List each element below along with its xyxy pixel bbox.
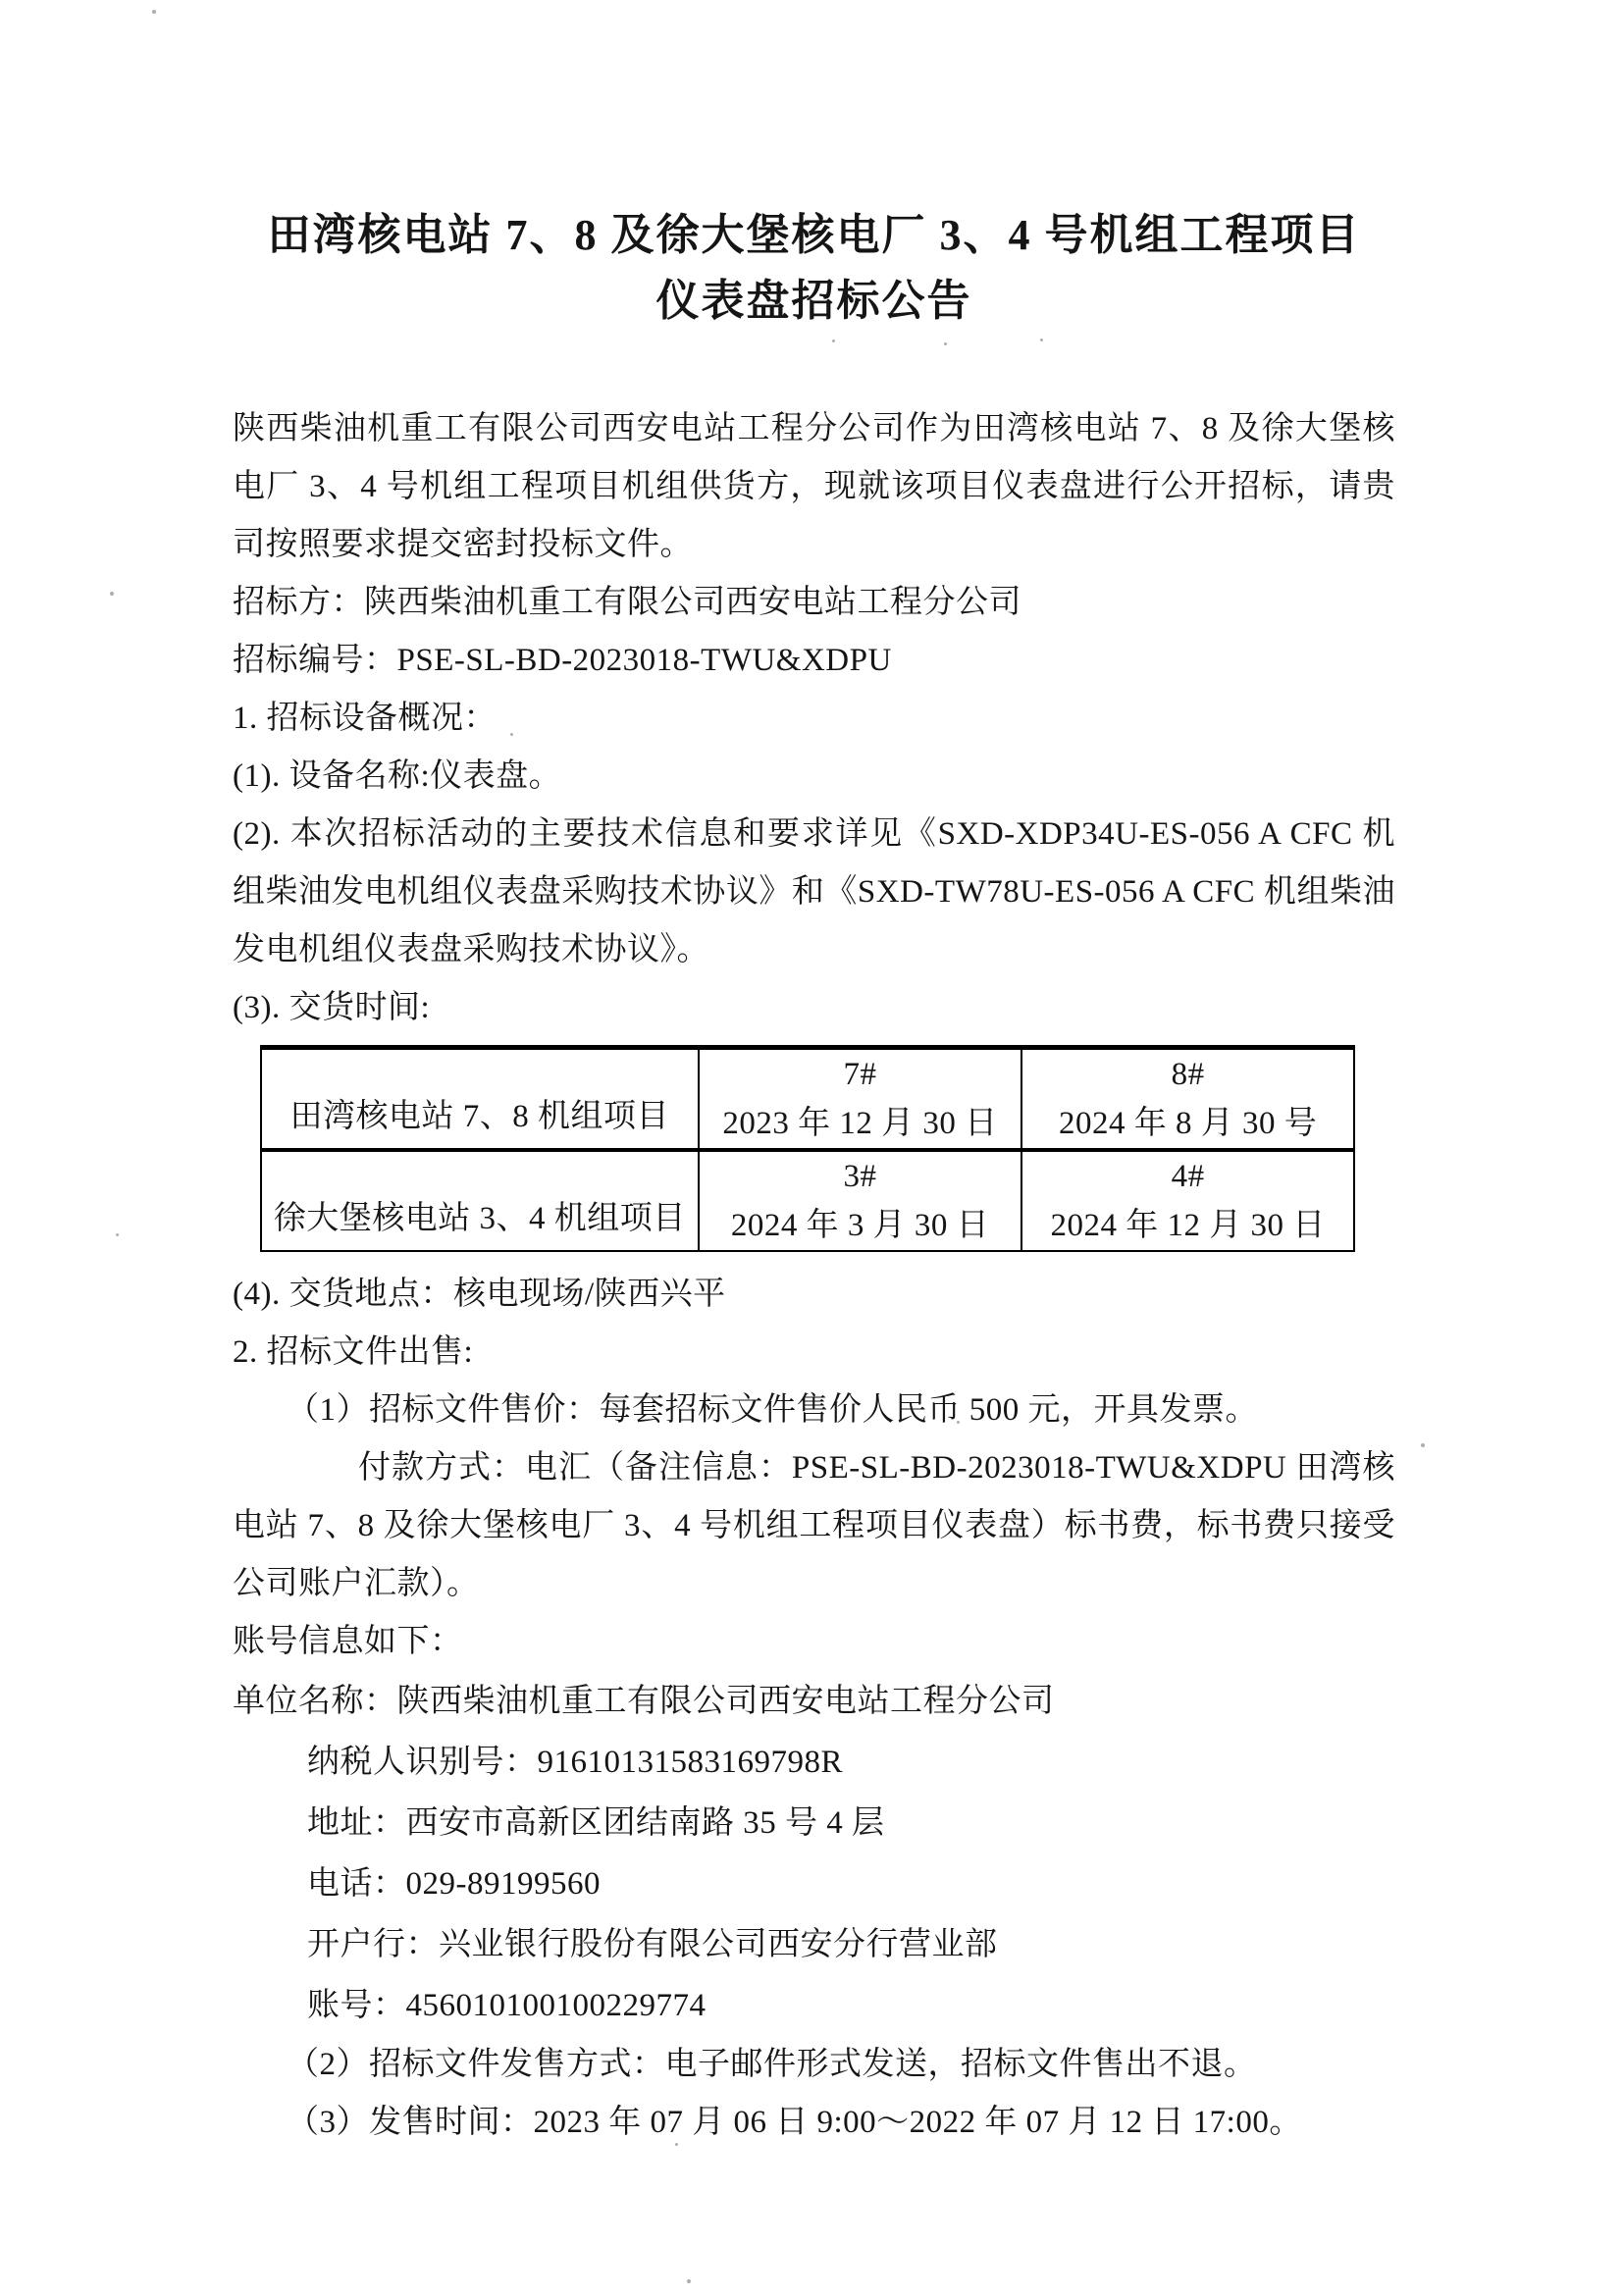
unit-date: 2024 年 12 月 30 日 [1022, 1201, 1353, 1250]
table-row-xudabao: 徐大堡核电站 3、4 机组项目 3# 2024 年 3 月 30 日 4# 20… [261, 1150, 1354, 1251]
unit-7-cell: 7# 2023 年 12 月 30 日 [699, 1048, 1022, 1151]
account-number-line: 账号：456010100100229774 [233, 1975, 1395, 2036]
document-page: 田湾核电站 7、8 及徐大堡核电厂 3、4 号机组工程项目 仪表盘招标公告 陕西… [0, 0, 1623, 2296]
item-delivery-place: (4). 交货地点：核电现场/陕西兴平 [233, 1266, 1395, 1324]
unit-3-cell: 3# 2024 年 3 月 30 日 [699, 1150, 1022, 1251]
tender-number-line: 招标编号：PSE-SL-BD-2023018-TWU&XDPU [233, 632, 1395, 690]
table-row-tianwan: 田湾核电站 7、8 机组项目 7# 2023 年 12 月 30 日 8# 20… [261, 1048, 1354, 1151]
unit-label: 4# [1022, 1152, 1353, 1201]
unit-label: 7# [700, 1050, 1021, 1099]
intro-paragraph: 陕西柴油机重工有限公司西安电站工程分公司作为田湾核电站 7、8 及徐大堡核电厂 … [233, 400, 1395, 574]
section-2-heading: 2. 招标文件出售: [233, 1324, 1395, 1382]
scan-speckle [1421, 1443, 1425, 1447]
scan-speckle [110, 592, 114, 596]
unit-date: 2023 年 12 月 30 日 [700, 1099, 1021, 1148]
item-document-delivery-method: （2）招标文件发售方式：电子邮件形式发送，招标文件售出不退。 [233, 2036, 1395, 2094]
tax-id-line: 纳税人识别号：91610131583169798R [233, 1732, 1395, 1793]
delivery-schedule-table: 田湾核电站 7、8 机组项目 7# 2023 年 12 月 30 日 8# 20… [260, 1045, 1355, 1252]
item-equipment-name: (1). 设备名称:仪表盘。 [233, 748, 1395, 806]
unit-date: 2024 年 3 月 30 日 [700, 1201, 1021, 1250]
title-line-2: 仪表盘招标公告 [233, 268, 1395, 334]
address-line: 地址：西安市高新区团结南路 35 号 4 层 [233, 1793, 1395, 1853]
scan-speckle [152, 10, 156, 14]
item-sale-time: （3）发售时间：2023 年 07 月 06 日 9:00～2022 年 07 … [233, 2094, 1395, 2152]
unit-label: 3# [700, 1152, 1021, 1201]
company-name-line: 单位名称：陕西柴油机重工有限公司西安电站工程分公司 [233, 1671, 1395, 1732]
project-name-cell: 田湾核电站 7、8 机组项目 [261, 1048, 699, 1151]
title-line-1: 田湾核电站 7、8 及徐大堡核电厂 3、4 号机组工程项目 [233, 202, 1395, 268]
unit-8-cell: 8# 2024 年 8 月 30 号 [1021, 1048, 1354, 1151]
bank-line: 开户行：兴业银行股份有限公司西安分行营业部 [233, 1914, 1395, 1975]
unit-4-cell: 4# 2024 年 12 月 30 日 [1021, 1150, 1354, 1251]
scan-speckle [687, 2279, 691, 2283]
item-document-price: （1）招标文件售价：每套招标文件售价人民币 500 元，开具发票。 [233, 1382, 1395, 1439]
document-content: 田湾核电站 7、8 及徐大堡核电厂 3、4 号机组工程项目 仪表盘招标公告 陕西… [233, 202, 1395, 2152]
payment-method-paragraph: 付款方式：电汇（备注信息：PSE-SL-BD-2023018-TWU&XDPU … [233, 1439, 1395, 1613]
unit-label: 8# [1022, 1050, 1353, 1099]
account-info-heading: 账号信息如下： [233, 1613, 1395, 1671]
document-title: 田湾核电站 7、8 及徐大堡核电厂 3、4 号机组工程项目 仪表盘招标公告 [233, 202, 1395, 334]
project-name-cell: 徐大堡核电站 3、4 机组项目 [261, 1150, 699, 1251]
tender-party-line: 招标方：陕西柴油机重工有限公司西安电站工程分公司 [233, 574, 1395, 632]
unit-date: 2024 年 8 月 30 号 [1022, 1099, 1353, 1148]
scan-speckle [116, 1233, 119, 1236]
item-technical-info: (2). 本次招标活动的主要技术信息和要求详见《SXD-XDP34U-ES-05… [233, 806, 1395, 979]
item-delivery-time-label: (3). 交货时间: [233, 979, 1395, 1037]
phone-line: 电话：029-89199560 [233, 1853, 1395, 1914]
section-1-heading: 1. 招标设备概况： [233, 690, 1395, 748]
